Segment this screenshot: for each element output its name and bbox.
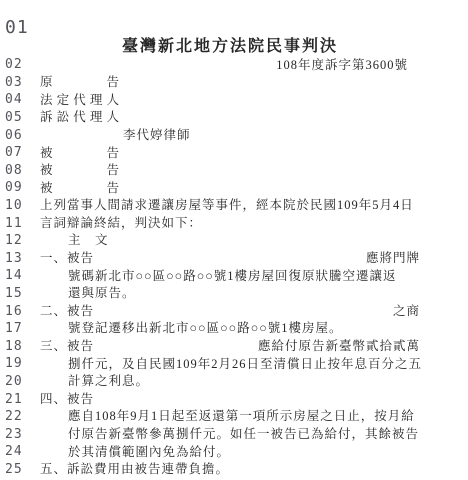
line-row: 01臺灣新北地方法院民事判決 [0,19,468,56]
line-row: 14號碼新北市○○區○○路○○號1樓房屋回復原狀騰空遷讓返 [0,267,468,285]
line-number: 15 [0,287,40,300]
line-number: 24 [0,445,40,458]
case-number: 108年度訴字第3600號 [40,59,420,72]
judgment-item-split: 二、被告之商 [40,305,420,318]
line-number: 22 [0,410,40,423]
line-row: 08被告 [0,162,468,180]
line-row: 06李代婷律師 [0,126,468,144]
item-left-text: 三、被告 [40,340,94,353]
line-text: 主 文 [40,234,420,247]
item-right-text: 應給付原告新臺幣貳拾貳萬 [258,340,420,353]
line-text: 捌仟元，及自民國109年2月26日至清償日止按年息百分之五 [40,358,420,371]
line-row: 17號登記遷移出新北市○○區○○路○○號1樓房屋。 [0,320,468,338]
line-number: 13 [0,252,40,265]
line-number: 18 [0,340,40,353]
line-number: 05 [0,111,40,124]
party-label: 被告 [40,182,420,195]
line-row: 13一、被告應將門牌 [0,250,468,268]
line-row: 05訴訟代理人 [0,109,468,127]
line-number: 20 [0,375,40,388]
line-number: 16 [0,305,40,318]
line-row: 02108年度訴字第3600號 [0,56,468,74]
line-number: 12 [0,234,40,247]
line-text: 言詞辯論終結，判決如下： [40,217,420,230]
party-label-justified: 被告 [40,147,120,160]
line-row: 20計算之利息。 [0,373,468,391]
judgment-item-split: 一、被告應將門牌 [40,252,420,265]
line-text: 五、訴訟費用由被告連帶負擔。 [40,463,420,476]
line-row: 10上列當事人間請求遷讓房屋等事件，經本院於民國109年5月4日 [0,197,468,215]
line-row: 03原告 [0,74,468,92]
party-label-justified: 被告 [40,164,120,177]
line-number: 08 [0,164,40,177]
line-number: 01 [0,19,40,37]
line-row: 19捌仟元，及自民國109年2月26日至清償日止按年息百分之五 [0,355,468,373]
line-number: 04 [0,93,40,106]
line-row: 07被告 [0,144,468,162]
line-number: 23 [0,428,40,441]
line-text: 應自108年9月1日起至返還第一項所示房屋之日止，按月給 [40,410,420,423]
line-number: 17 [0,322,40,335]
party-label: 原告 [40,76,420,89]
line-row: 25五、訴訟費用由被告連帶負擔。 [0,461,468,479]
line-text: 付原告新臺幣參萬捌仟元。如任一被告已為給付，其餘被告 [40,428,420,441]
attorney-name: 李代婷律師 [40,129,420,142]
judgment-document-page: 01臺灣新北地方法院民事判決02108年度訴字第3600號03原告04法定代理人… [0,0,468,480]
line-row: 15還與原告。 [0,285,468,303]
party-label-justified: 法定代理人 [40,94,120,107]
line-row: 16二、被告之商 [0,302,468,320]
line-row: 22應自108年9月1日起至返還第一項所示房屋之日止，按月給 [0,408,468,426]
party-label: 法定代理人 [40,94,420,107]
line-number: 14 [0,269,40,282]
line-row: 12主 文 [0,232,468,250]
line-number: 21 [0,393,40,406]
line-number: 07 [0,146,40,159]
line-row: 18三、被告應給付原告新臺幣貳拾貳萬 [0,338,468,356]
line-number: 19 [0,357,40,370]
line-row: 04法定代理人 [0,91,468,109]
line-text: 上列當事人間請求遷讓房屋等事件，經本院於民國109年5月4日 [40,199,420,212]
party-label-justified: 訴訟代理人 [40,111,120,124]
line-text: 四、被告 [40,393,420,406]
line-text: 號碼新北市○○區○○路○○號1樓房屋回復原狀騰空遷讓返 [40,270,420,283]
item-right-text: 應將門牌 [366,252,420,265]
item-right-text: 之商 [393,305,420,318]
line-row: 23付原告新臺幣參萬捌仟元。如任一被告已為給付，其餘被告 [0,425,468,443]
line-number: 10 [0,199,40,212]
line-row: 11言詞辯論終結，判決如下： [0,214,468,232]
line-number: 03 [0,76,40,89]
line-number: 09 [0,181,40,194]
line-number: 11 [0,217,40,230]
line-number: 02 [0,58,40,71]
judgment-item-split: 三、被告應給付原告新臺幣貳拾貳萬 [40,340,420,353]
item-left-text: 一、被告 [40,252,94,265]
party-label: 被告 [40,147,420,160]
line-text: 還與原告。 [40,287,420,300]
party-label: 訴訟代理人 [40,111,420,124]
document-title: 臺灣新北地方法院民事判決 [40,39,420,56]
party-label-justified: 原告 [40,76,120,89]
line-row: 21四、被告 [0,390,468,408]
line-text: 號登記遷移出新北市○○區○○路○○號1樓房屋。 [40,322,420,335]
line-number: 06 [0,129,40,142]
item-left-text: 二、被告 [40,305,94,318]
line-text: 於其清償範圍內免為給付。 [40,446,420,459]
party-label-justified: 被告 [40,182,120,195]
line-row: 24於其清償範圍內免為給付。 [0,443,468,461]
line-text: 計算之利息。 [40,375,420,388]
party-label: 被告 [40,164,420,177]
line-row: 09被告 [0,179,468,197]
line-number: 25 [0,463,40,476]
